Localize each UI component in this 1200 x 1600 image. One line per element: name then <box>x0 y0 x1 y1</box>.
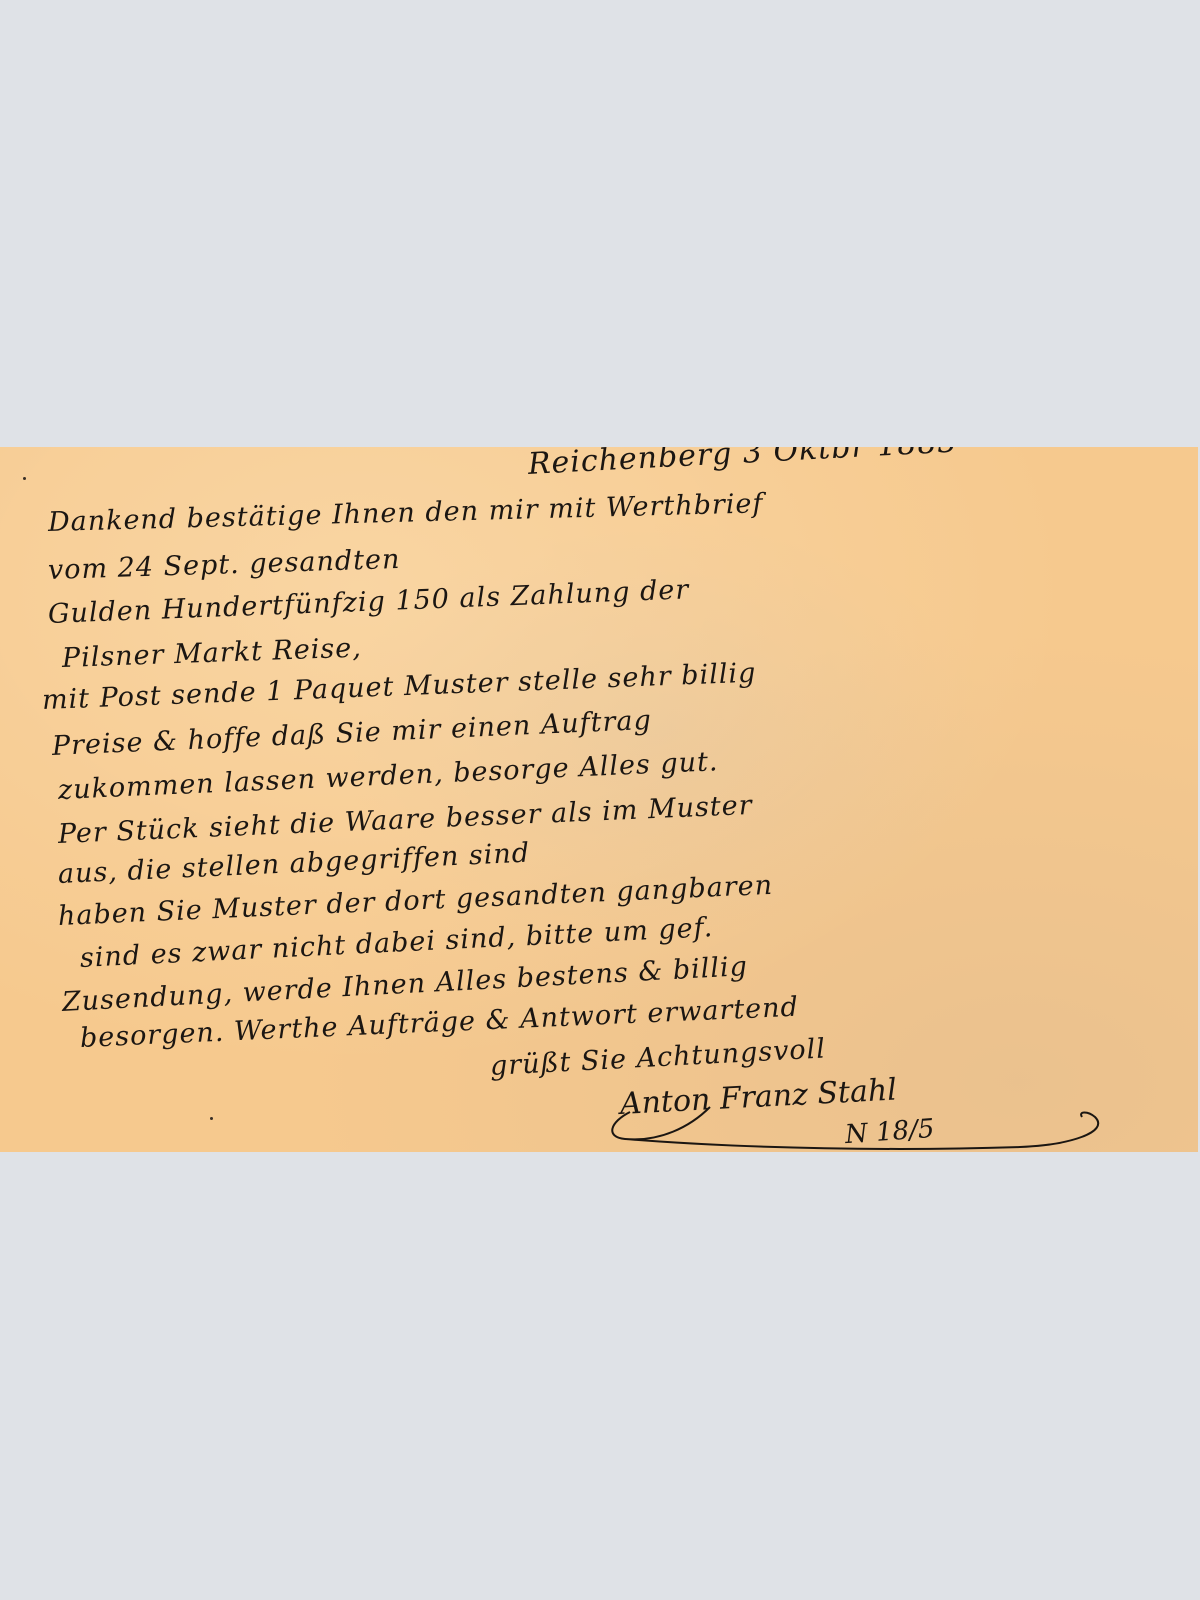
body-line: Dankend bestätige Ihnen den mir mit Wert… <box>48 488 764 538</box>
signature: Anton Franz Stahl <box>619 1073 898 1122</box>
place-date: Reichenberg 3 Oktbr 1883 <box>527 447 958 482</box>
postcard: Reichenberg 3 Oktbr 1883 Dankend bestäti… <box>0 447 1198 1152</box>
body-line: Pilsner Markt Reise, <box>61 633 362 674</box>
closing-line: grüßt Sie Achtungsvoll <box>489 1033 826 1082</box>
ink-speck <box>23 477 26 480</box>
ink-speck <box>210 1117 213 1120</box>
body-line: vom 24 Sept. gesandten <box>48 544 401 586</box>
signature-number: N 18/5 <box>844 1114 935 1150</box>
